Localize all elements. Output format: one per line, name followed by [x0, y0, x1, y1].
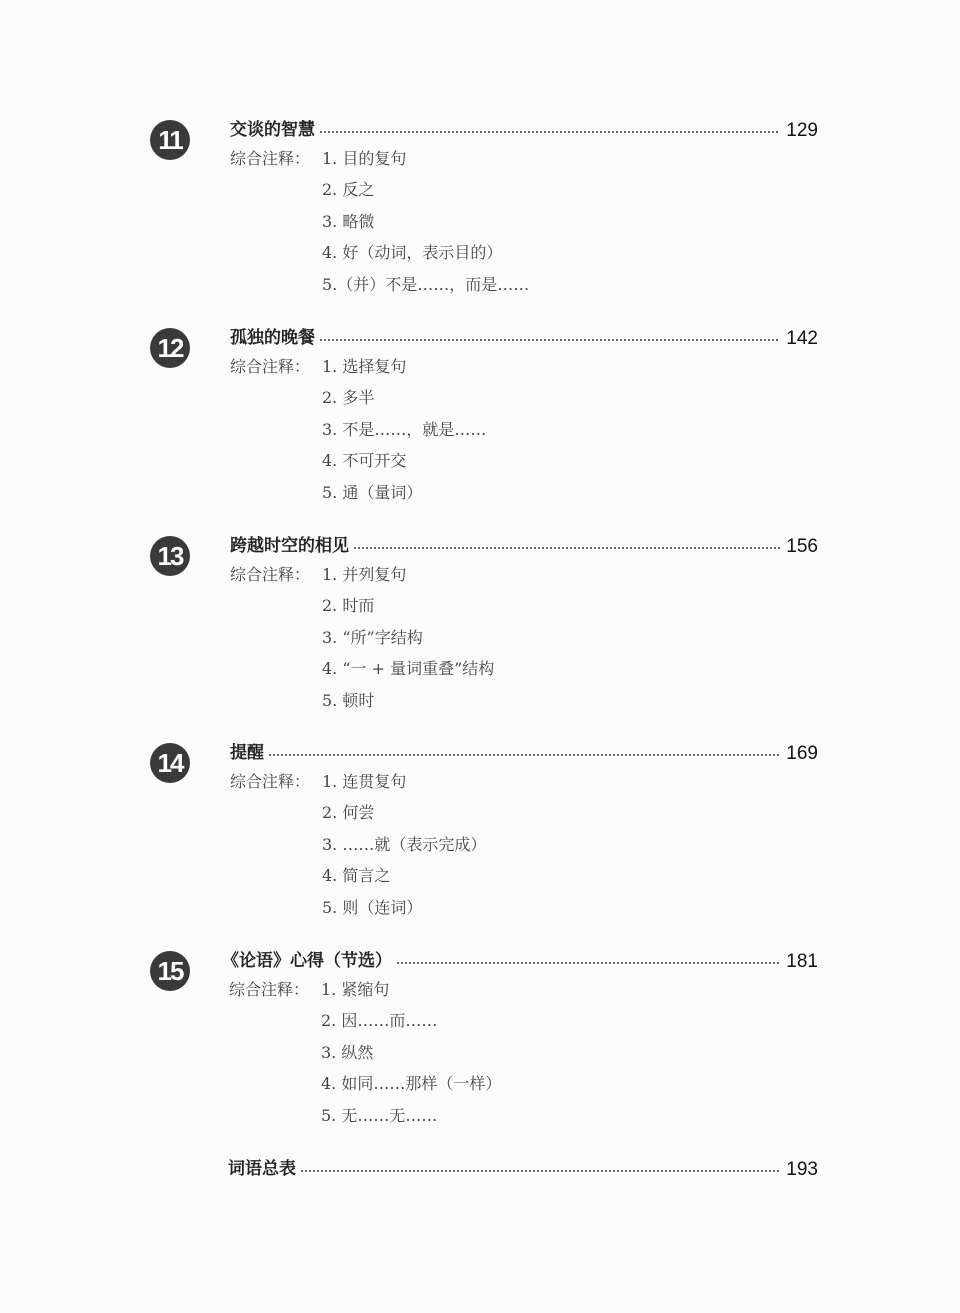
notes-label: 综合注释： — [230, 146, 310, 169]
note-item: 5. 顿时 — [322, 688, 374, 711]
note-item: 4. 不可开交 — [322, 448, 406, 471]
note-item: 1. 连贯复句 — [322, 769, 406, 792]
note-item: 3. 不是……，就是…… — [322, 417, 486, 440]
notes-label: 综合注释： — [230, 562, 310, 585]
toc-page: 11 交谈的智慧 129 综合注释： 1. 目的复句 2. 反之 3. 略微 4… — [0, 0, 960, 1313]
appendix-title: 词语总表 — [228, 1154, 300, 1179]
note-item: 2. 时而 — [322, 593, 374, 616]
lesson-number-badge: 12 — [150, 328, 190, 368]
dot-leader — [268, 754, 780, 756]
toc-entry[interactable]: 交谈的智慧 129 — [230, 114, 818, 140]
dot-leader — [319, 339, 780, 341]
note-item: 3. 纵然 — [321, 1040, 373, 1063]
note-item: 5.（并）不是……，而是…… — [322, 272, 529, 295]
note-item: 4. 好（动词，表示目的） — [322, 240, 502, 263]
dot-leader — [353, 547, 780, 549]
page-number: 156 — [780, 537, 818, 556]
lesson-number-badge: 13 — [150, 536, 190, 576]
dot-leader — [300, 1170, 780, 1172]
dot-leader — [396, 962, 780, 964]
page-number: 193 — [780, 1160, 818, 1179]
lesson-title: 《论语》心得（节选） — [222, 946, 396, 971]
dot-leader — [319, 131, 780, 133]
notes-label: 综合注释： — [230, 354, 310, 377]
note-item: 1. 选择复句 — [322, 354, 406, 377]
page-number: 142 — [780, 329, 818, 348]
lesson-title: 交谈的智慧 — [230, 115, 319, 140]
toc-entry[interactable]: 跨越时空的相见 156 — [230, 530, 818, 556]
note-item: 3. “所”字结构 — [322, 625, 423, 648]
lesson-title: 跨越时空的相见 — [230, 531, 353, 556]
lesson-number-badge: 15 — [150, 951, 190, 991]
note-item: 3. ……就（表示完成） — [322, 832, 486, 855]
lesson-number-badge: 11 — [150, 120, 190, 160]
note-item: 2. 反之 — [322, 177, 374, 200]
note-item: 2. 因……而…… — [321, 1008, 437, 1031]
note-item: 1. 紧缩句 — [321, 977, 389, 1000]
note-item: 3. 略微 — [322, 209, 374, 232]
note-item: 4. “一 + 量词重叠”结构 — [322, 656, 494, 679]
note-item: 4. 如同……那样（一样） — [321, 1071, 501, 1094]
note-item: 2. 多半 — [322, 385, 374, 408]
toc-entry[interactable]: 提醒 169 — [230, 737, 818, 763]
note-item: 5. 无……无…… — [321, 1103, 437, 1126]
lesson-title: 孤独的晚餐 — [230, 323, 319, 348]
notes-label: 综合注释： — [229, 977, 309, 1000]
notes-label: 综合注释： — [230, 769, 310, 792]
note-item: 1. 目的复句 — [322, 146, 406, 169]
note-item: 5. 通（量词） — [322, 480, 422, 503]
toc-entry[interactable]: 《论语》心得（节选） 181 — [222, 945, 818, 971]
note-item: 2. 何尝 — [322, 800, 374, 823]
page-number: 181 — [780, 952, 818, 971]
note-item: 5. 则（连词） — [322, 895, 422, 918]
page-number: 129 — [780, 121, 818, 140]
toc-entry[interactable]: 词语总表 193 — [228, 1153, 818, 1179]
page-number: 169 — [780, 744, 818, 763]
toc-entry[interactable]: 孤独的晚餐 142 — [230, 322, 818, 348]
lesson-number-badge: 14 — [150, 743, 190, 783]
note-item: 1. 并列复句 — [322, 562, 406, 585]
note-item: 4. 简言之 — [322, 863, 390, 886]
lesson-title: 提醒 — [230, 738, 268, 763]
